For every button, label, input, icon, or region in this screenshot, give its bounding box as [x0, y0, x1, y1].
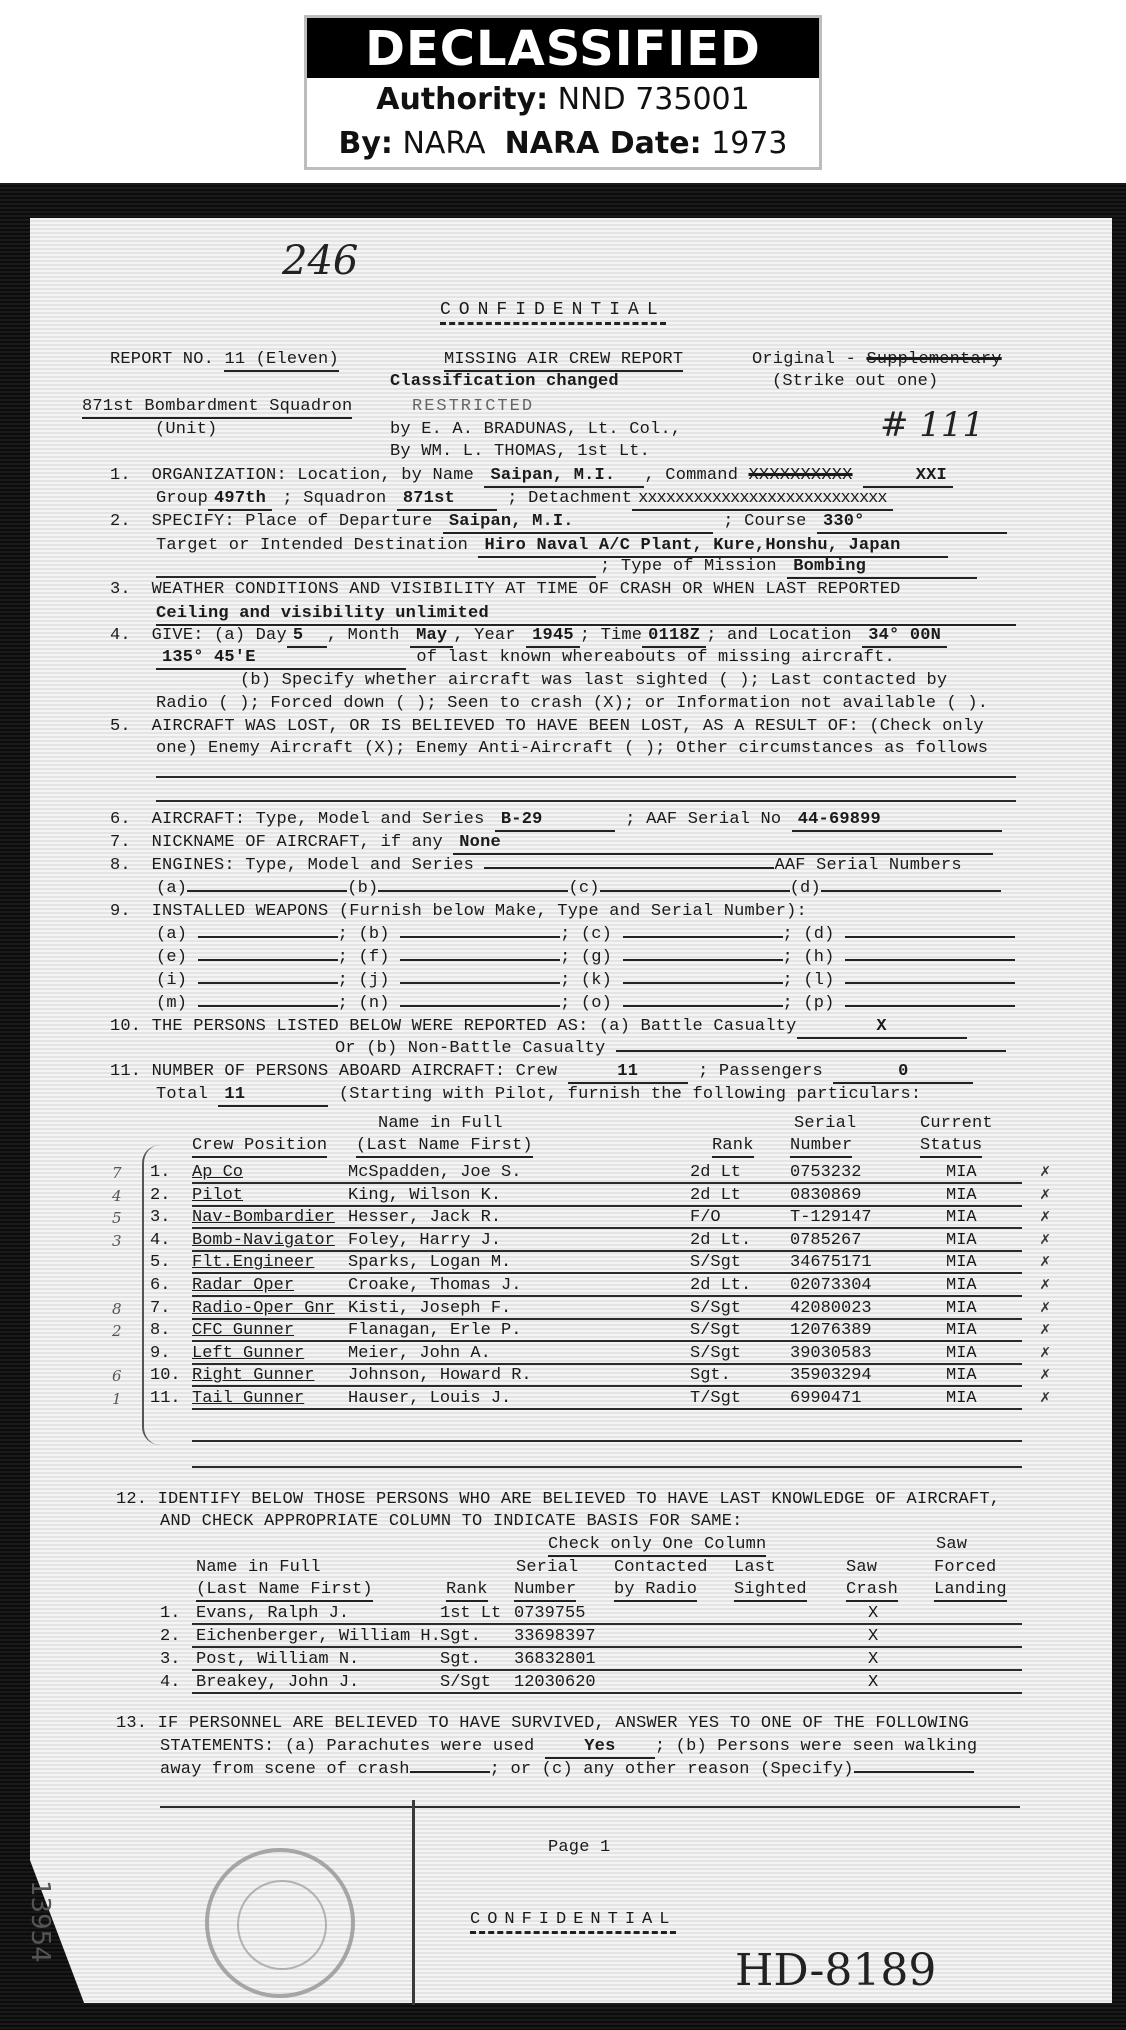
rule — [156, 576, 596, 578]
crew-name: Foley, Harry J. — [348, 1231, 501, 1251]
crew-serial: 34675171 — [790, 1253, 872, 1273]
witness-rank: S/Sgt — [440, 1673, 491, 1693]
witness-rank: Sgt. — [440, 1627, 481, 1647]
section-5-line-1: 5. AIRCRAFT WAS LOST, OR IS BELIEVED TO … — [110, 717, 984, 737]
checkmark-icon: ✗ — [1040, 1253, 1050, 1273]
witness-number: 4. — [160, 1673, 180, 1693]
check-one-header: Check only One Column — [548, 1535, 766, 1557]
weather-value: Ceiling and visibility unlimited — [156, 604, 1016, 626]
crew-rank: Sgt. — [690, 1366, 731, 1386]
witness-row: 2.Eichenberger, William H.Sgt.33698397X — [0, 1627, 1126, 1647]
row-rule — [192, 1385, 1022, 1387]
margin-mark: 2 — [112, 1321, 122, 1341]
crew-serial: 35903294 — [790, 1366, 872, 1386]
checkmark-icon: ✗ — [1040, 1321, 1050, 1341]
crew-status: MIA — [946, 1366, 977, 1386]
crew-status: MIA — [946, 1208, 977, 1228]
crew-rank: 2d Lt. — [690, 1276, 751, 1296]
crew-status: MIA — [946, 1186, 977, 1206]
margin-mark: 4 — [112, 1186, 122, 1206]
row-rule — [192, 1646, 1022, 1648]
col-w-forced-top2: Forced — [934, 1558, 996, 1578]
weapon-row: (i) ; (j) ; (k) ; (l) — [156, 971, 1015, 991]
nara-line: By: NARA NARA Date: 1973 — [307, 122, 819, 166]
original-supplementary: Original - Supplementary — [752, 350, 1002, 370]
witness-name: Eichenberger, William H. — [196, 1627, 441, 1647]
section-11-line-2: Total 11 (Starting with Pilot, furnish t… — [156, 1085, 921, 1107]
crew-status: MIA — [946, 1321, 977, 1341]
witness-row: 1.Evans, Ralph J.1st Lt0739755X — [0, 1604, 1126, 1624]
checkmark-icon: ✗ — [1040, 1208, 1050, 1228]
crew-position: Radar Oper — [192, 1276, 294, 1296]
col-position: Crew Position — [192, 1136, 327, 1158]
crew-row: 6.Radar OperCroake, Thomas J.2d Lt.02073… — [0, 1276, 1126, 1296]
rule — [192, 1440, 1022, 1442]
section-3-label: 3. WEATHER CONDITIONS AND VISIBILITY AT … — [110, 580, 901, 600]
section-1-line-1: 1. ORGANIZATION: Location, by Name Saipa… — [110, 466, 953, 488]
handwritten-bracket — [142, 1145, 160, 1445]
crew-row: 8.CFC GunnerFlanagan, Erle P.S/Sgt120763… — [0, 1321, 1126, 1341]
witness-rank: Sgt. — [440, 1650, 481, 1670]
col-w-crash: Crash — [846, 1580, 898, 1602]
declassified-title: DECLASSIFIED — [307, 18, 819, 78]
section-4-line-1: 4. GIVE: (a) Day5, Month May, Year 1945;… — [110, 626, 947, 648]
checkmark-icon: ✗ — [1040, 1389, 1050, 1409]
unit-label: (Unit) — [155, 420, 217, 440]
col-status-top: Current — [920, 1114, 993, 1134]
crew-status: MIA — [946, 1344, 977, 1364]
row-rule — [192, 1272, 1022, 1274]
col-status: Status — [920, 1136, 982, 1158]
section-11-line-1: 11. NUMBER OF PERSONS ABOARD AIRCRAFT: C… — [110, 1062, 973, 1084]
section-2-line-2: Target or Intended Destination Hiro Nava… — [156, 536, 948, 558]
crew-rank: T/Sgt — [690, 1389, 741, 1409]
witness-saw-crash: X — [868, 1604, 878, 1624]
classification-changed: Classification changed — [390, 372, 619, 392]
crew-serial: 6990471 — [790, 1389, 861, 1409]
row-rule — [192, 1669, 1022, 1671]
crew-name: Hesser, Jack R. — [348, 1208, 501, 1228]
row-rule — [192, 1295, 1022, 1297]
declassified-stamp: DECLASSIFIED Authority: NND 735001 By: N… — [304, 15, 822, 170]
section-4-b-line-1: (b) Specify whether aircraft was last si… — [240, 671, 947, 691]
margin-mark: 5 — [112, 1208, 122, 1228]
weapon-row: (e) ; (f) ; (g) ; (h) — [156, 948, 1015, 968]
row-rule — [192, 1408, 1022, 1410]
weapon-row: (m) ; (n) ; (o) ; (p) — [156, 994, 1015, 1014]
witness-number: 3. — [160, 1650, 180, 1670]
witness-serial: 12030620 — [514, 1673, 596, 1693]
handwritten-page-number: 246 — [282, 238, 358, 284]
witness-number: 1. — [160, 1604, 180, 1624]
section-7: 7. NICKNAME OF AIRCRAFT, if any None — [110, 833, 993, 855]
crew-serial: 42080023 — [790, 1299, 872, 1319]
margin-mark: 1 — [112, 1389, 122, 1409]
crew-status: MIA — [946, 1276, 977, 1296]
col-w-sighted: Sighted — [734, 1580, 807, 1602]
col-w-serial: Number — [514, 1580, 576, 1602]
row-rule — [192, 1182, 1022, 1184]
margin-mark: 8 — [112, 1299, 122, 1319]
restricted-stamp: RESTRICTED — [412, 397, 534, 417]
weapon-row: (a) ; (b) ; (c) ; (d) — [156, 925, 1015, 945]
row-rule — [192, 1318, 1022, 1320]
crew-status: MIA — [946, 1299, 977, 1319]
witness-name: Evans, Ralph J. — [196, 1604, 349, 1624]
col-w-rank: Rank — [446, 1580, 488, 1602]
confidential-top: CONFIDENTIAL — [440, 300, 666, 325]
crew-name: Meier, John A. — [348, 1344, 491, 1364]
witness-name: Breakey, John J. — [196, 1673, 359, 1693]
confidential-bottom: CONFIDENTIAL — [470, 1910, 676, 1934]
witness-serial: 33698397 — [514, 1627, 596, 1647]
col-rank: Rank — [712, 1136, 754, 1158]
section-4-b-line-2: Radio ( ); Forced down ( ); Seen to cras… — [156, 694, 988, 714]
crew-name: Sparks, Logan M. — [348, 1253, 511, 1273]
crew-serial: 12076389 — [790, 1321, 872, 1341]
section-12-line-2: AND CHECK APPROPRIATE COLUMN TO INDICATE… — [160, 1512, 743, 1532]
engine-slots: (a)(b)(c)(d) — [156, 879, 1001, 899]
margin-mark: 7 — [112, 1163, 122, 1183]
crew-name: Kisti, Joseph F. — [348, 1299, 511, 1319]
row-rule — [192, 1692, 1022, 1694]
section-8: 8. ENGINES: Type, Model and Series AAF S… — [110, 856, 962, 876]
crew-position: Ap Co — [192, 1163, 243, 1183]
row-rule — [192, 1363, 1022, 1365]
vertical-reference-number: 13954 — [25, 1880, 55, 1963]
page-number: Page 1 — [548, 1838, 610, 1858]
authorized-by-2: By WM. L. THOMAS, 1st Lt. — [390, 442, 650, 462]
witness-row: 4.Breakey, John J.S/Sgt12030620X — [0, 1673, 1126, 1693]
col-w-radio-top: Contacted — [614, 1558, 708, 1578]
col-forced-top1: Saw — [936, 1535, 967, 1555]
checkmark-icon: ✗ — [1040, 1276, 1050, 1296]
witness-number: 2. — [160, 1627, 180, 1647]
crew-rank: 2d Lt — [690, 1186, 741, 1206]
section-2-line-1: 2. SPECIFY: Place of Departure Saipan, M… — [110, 512, 1007, 534]
section-2-line-3: ; Type of Mission Bombing — [600, 557, 977, 579]
col-w-sighted-top: Last — [734, 1558, 776, 1578]
row-rule — [192, 1250, 1022, 1252]
crew-position: Pilot — [192, 1186, 243, 1206]
witness-serial: 0739755 — [514, 1604, 585, 1624]
crew-position: CFC Gunner — [192, 1321, 294, 1341]
section-12-line-1: 12. IDENTIFY BELOW THOSE PERSONS WHO ARE… — [116, 1490, 1000, 1510]
section-13-line-2: STATEMENTS: (a) Parachutes were used Yes… — [160, 1737, 977, 1759]
crew-serial: 39030583 — [790, 1344, 872, 1364]
col-w-radio: by Radio — [614, 1580, 697, 1602]
authority-line: Authority: NND 735001 — [307, 78, 819, 122]
col-w-name: (Last Name First) — [196, 1580, 373, 1602]
col-w-forced: Landing — [934, 1580, 1007, 1602]
crew-row: 2.PilotKing, Wilson K.2d Lt0830869MIA4✗ — [0, 1186, 1126, 1206]
crew-status: MIA — [946, 1163, 977, 1183]
crew-row: 1.Ap CoMcSpadden, Joe S.2d Lt0753232MIA7… — [0, 1163, 1126, 1183]
row-rule — [192, 1227, 1022, 1229]
crew-row: 3.Nav-BombardierHesser, Jack R.F/OT-1291… — [0, 1208, 1126, 1228]
witness-saw-crash: X — [868, 1673, 878, 1693]
section-13-line-1: 13. IF PERSONNEL ARE BELIEVED TO HAVE SU… — [116, 1714, 969, 1734]
col-w-serial-top: Serial — [516, 1558, 578, 1578]
crew-status: MIA — [946, 1253, 977, 1273]
witness-saw-crash: X — [868, 1627, 878, 1647]
col-serial-top: Serial — [794, 1114, 856, 1134]
row-rule — [192, 1205, 1022, 1207]
crew-rank: S/Sgt — [690, 1321, 741, 1341]
crew-status: MIA — [946, 1231, 977, 1251]
checkmark-icon: ✗ — [1040, 1299, 1050, 1319]
crew-row: 4.Bomb-NavigatorFoley, Harry J.2d Lt.078… — [0, 1231, 1126, 1251]
page-fold — [412, 1800, 415, 2005]
crew-name: Johnson, Howard R. — [348, 1366, 532, 1386]
crew-position: Bomb-Navigator — [192, 1231, 335, 1251]
crew-rank: F/O — [690, 1208, 721, 1228]
witness-serial: 36832801 — [514, 1650, 596, 1670]
col-name-top: Name in Full — [378, 1114, 503, 1134]
margin-mark: 6 — [112, 1366, 122, 1386]
crew-rank: 2d Lt — [690, 1163, 741, 1183]
crew-serial: 02073304 — [790, 1276, 872, 1296]
crew-position: Flt.Engineer — [192, 1253, 314, 1273]
witness-name: Post, William N. — [196, 1650, 359, 1670]
section-1-line-2: Group497th ; Squadron 871st ; Detachment… — [156, 489, 893, 511]
crew-row: 10.Right GunnerJohnson, Howard R.Sgt.359… — [0, 1366, 1126, 1386]
rule — [160, 1806, 1020, 1808]
checkmark-icon: ✗ — [1040, 1344, 1050, 1364]
crew-serial: 0830869 — [790, 1186, 861, 1206]
checkmark-icon: ✗ — [1040, 1163, 1050, 1183]
crew-name: McSpadden, Joe S. — [348, 1163, 521, 1183]
crew-row: 9.Left GunnerMeier, John A.S/Sgt39030583… — [0, 1344, 1126, 1364]
witness-saw-crash: X — [868, 1650, 878, 1670]
crew-position: Tail Gunner — [192, 1389, 304, 1409]
col-name: (Last Name First) — [356, 1136, 533, 1158]
crew-position: Radio-Oper Gnr — [192, 1299, 335, 1319]
row-rule — [192, 1340, 1022, 1342]
crew-position: Right Gunner — [192, 1366, 314, 1386]
crew-rank: S/Sgt — [690, 1299, 741, 1319]
witness-row: 3.Post, William N.Sgt.36832801X — [0, 1650, 1126, 1670]
section-6: 6. AIRCRAFT: Type, Model and Series B-29… — [110, 810, 1002, 832]
margin-mark: 3 — [112, 1231, 122, 1251]
row-rule — [192, 1623, 1022, 1625]
section-5-line-2: one) Enemy Aircraft (X); Enemy Anti-Airc… — [156, 739, 988, 759]
col-w-name-top: Name in Full — [196, 1558, 321, 1578]
section-9-label: 9. INSTALLED WEAPONS (Furnish below Make… — [110, 902, 807, 922]
checkmark-icon: ✗ — [1040, 1231, 1050, 1251]
crew-name: Croake, Thomas J. — [348, 1276, 521, 1296]
crew-name: Hauser, Louis J. — [348, 1389, 511, 1409]
archive-seal-stamp — [205, 1848, 355, 1998]
section-10-line-2: Or (b) Non-Battle Casualty — [335, 1039, 1006, 1059]
witness-rank: 1st Lt — [440, 1604, 501, 1624]
col-w-crash-top: Saw — [846, 1558, 877, 1578]
crew-serial: 0785267 — [790, 1231, 861, 1251]
form-title: MISSING AIR CREW REPORT — [444, 350, 683, 372]
checkmark-icon: ✗ — [1040, 1186, 1050, 1206]
crew-row: 7.Radio-Oper GnrKisti, Joseph F.S/Sgt420… — [0, 1299, 1126, 1319]
crew-row: 5.Flt.EngineerSparks, Logan M.S/Sgt34675… — [0, 1253, 1126, 1273]
crew-name: Flanagan, Erle P. — [348, 1321, 521, 1341]
crew-position: Left Gunner — [192, 1344, 304, 1364]
authorized-by-1: by E. A. BRADUNAS, Lt. Col., — [390, 420, 681, 440]
crew-row: 11.Tail GunnerHauser, Louis J.T/Sgt69904… — [0, 1389, 1126, 1409]
section-13-line-3: away from scene of crash; or (c) any oth… — [160, 1760, 974, 1780]
crew-rank: 2d Lt. — [690, 1231, 751, 1251]
checkmark-icon: ✗ — [1040, 1366, 1050, 1386]
crew-rank: S/Sgt — [690, 1253, 741, 1273]
section-4-line-2: 135° 45'E of last known whereabouts of m… — [156, 648, 895, 670]
crew-rank: S/Sgt — [690, 1344, 741, 1364]
crew-serial: T-129147 — [790, 1208, 872, 1228]
col-serial: Number — [790, 1136, 852, 1158]
handwritten-code: HD-8189 — [735, 1945, 936, 1996]
strike-out-note: (Strike out one) — [772, 372, 938, 392]
section-10-line-1: 10. THE PERSONS LISTED BELOW WERE REPORT… — [110, 1017, 967, 1039]
handwritten-reference: # 111 — [880, 405, 984, 445]
crew-position: Nav-Bombardier — [192, 1208, 335, 1228]
report-number: REPORT NO. 11 (Eleven) — [110, 350, 339, 372]
crew-serial: 0753232 — [790, 1163, 861, 1183]
rule — [156, 776, 1016, 778]
crew-name: King, Wilson K. — [348, 1186, 501, 1206]
rule — [192, 1466, 1022, 1468]
unit-name: 871st Bombardment Squadron — [82, 397, 352, 419]
crew-status: MIA — [946, 1389, 977, 1409]
rule — [156, 800, 1016, 802]
